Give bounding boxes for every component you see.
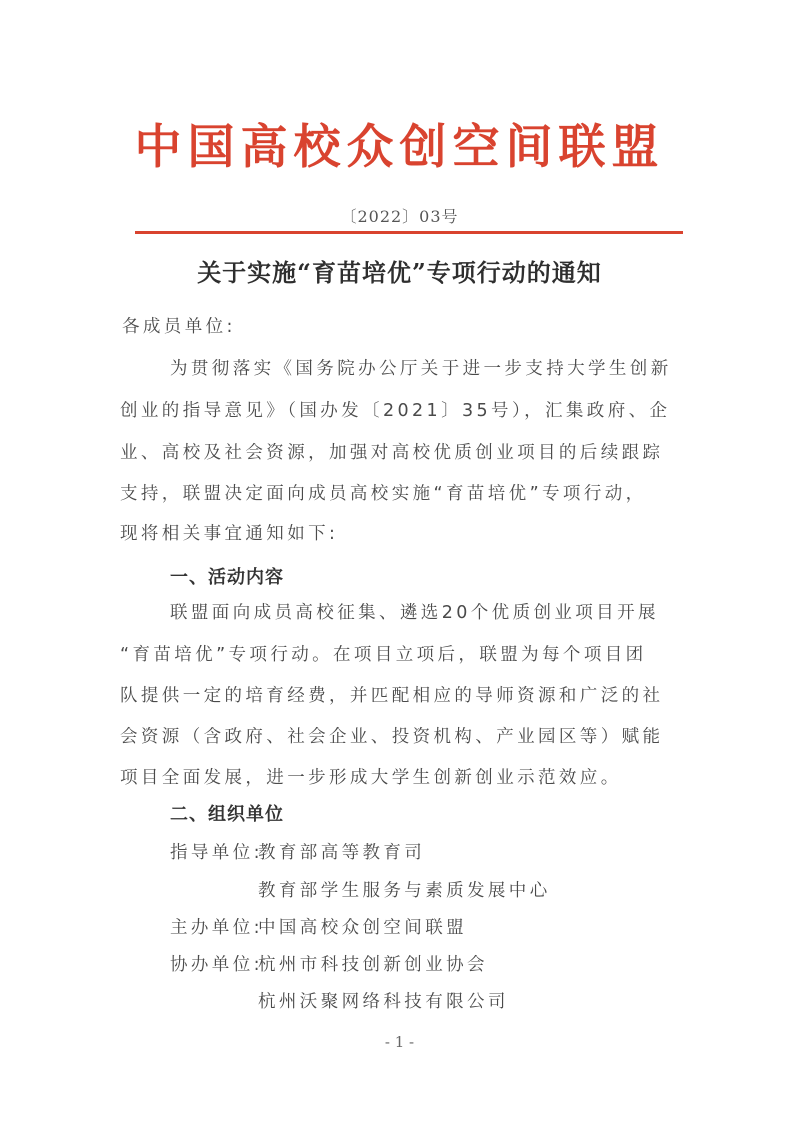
document-number: 〔2022〕03号 (0, 204, 799, 227)
co-organizer-label: 协办单位: (170, 955, 263, 975)
intro-line: 创业的指导意见》（国办发〔2021〕35号），汇集政府、企 (120, 401, 670, 421)
co-organizer-unit: 杭州沃聚网络科技有限公司 (258, 992, 509, 1012)
red-divider-line (135, 231, 683, 234)
section-heading-organizers: 二、组织单位 (170, 800, 284, 826)
activity-line: 项目全面发展，进一步形成大学生创新创业示范效应。 (120, 768, 622, 788)
co-organizer-unit: 杭州市科技创新创业协会 (258, 955, 488, 975)
notice-title: 关于实施“育苗培优”专项行动的通知 (0, 253, 799, 288)
activity-line: 联盟面向成员高校征集、遴选20个优质创业项目开展 (170, 603, 659, 623)
activity-line: 队提供一定的培育经费，并匹配相应的导师资源和广泛的社 (120, 686, 663, 706)
organization-masthead: 中国高校众创空间联盟 (0, 120, 799, 176)
activity-line: “育苗培优”专项行动。在项目立项后，联盟为每个项目团 (120, 645, 647, 665)
intro-line: 为贯彻落实《国务院办公厅关于进一步支持大学生创新 (170, 359, 672, 379)
guidance-unit: 教育部高等教育司 (258, 843, 425, 863)
salutation: 各成员单位: (122, 317, 236, 337)
guidance-unit: 教育部学生服务与素质发展中心 (258, 881, 551, 901)
page-number: - 1 - (0, 1033, 799, 1051)
intro-line: 业、高校及社会资源，加强对高校优质创业项目的后续跟踪 (120, 443, 663, 463)
host-unit: 中国高校众创空间联盟 (258, 918, 467, 938)
intro-line: 支持，联盟决定面向成员高校实施“育苗培优”专项行动， (120, 484, 647, 504)
guidance-label: 指导单位: (170, 843, 263, 863)
section-heading-activity: 一、活动内容 (170, 563, 284, 589)
activity-line: 会资源（含政府、社会企业、投资机构、产业园区等）赋能 (120, 727, 663, 747)
host-label: 主办单位: (170, 918, 263, 938)
intro-line: 现将相关事宜通知如下: (120, 524, 338, 544)
